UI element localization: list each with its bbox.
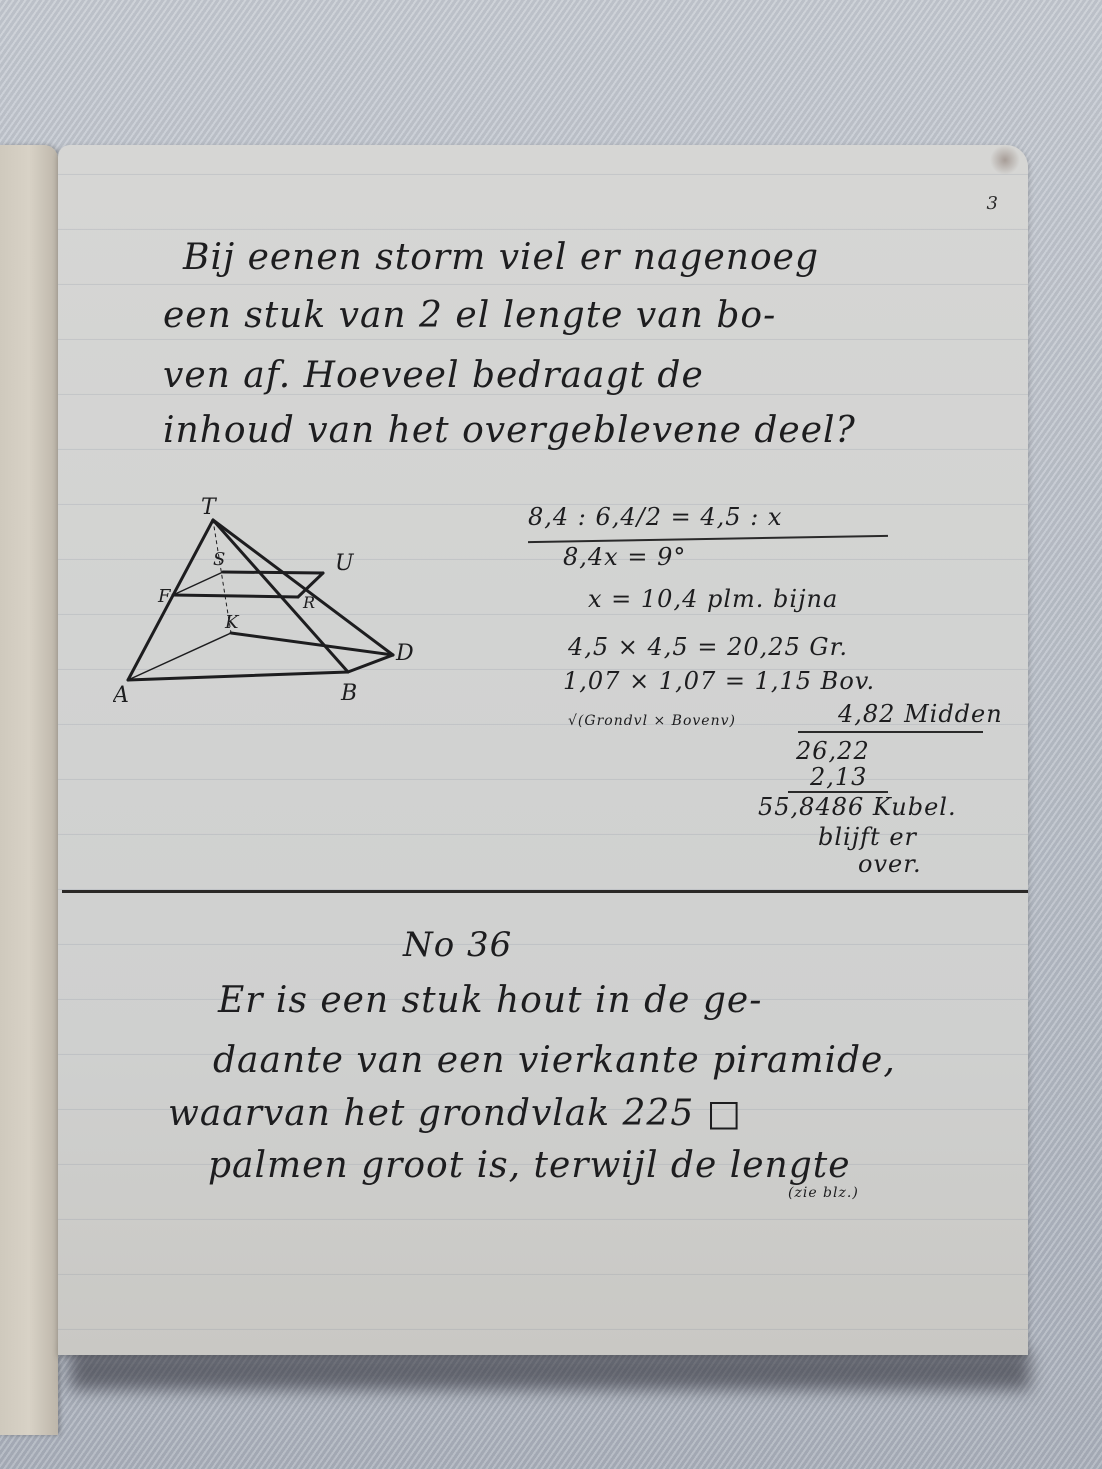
problem-35-line-2: een stuk van 2 el lengte van bo-: [163, 295, 776, 336]
calc-line-6-right: 4,82 Midden: [838, 700, 1003, 728]
label-S: S: [213, 549, 225, 570]
notebook-page: 3 Bij eenen storm viel er nagenoeg een s…: [58, 145, 1028, 1355]
problem-35-line-4: inhoud van het overgeblevene deel?: [163, 410, 856, 451]
calc-line-4: 4,5 × 4,5 = 20,25 Gr.: [568, 633, 848, 661]
problem-36-line-3: waarvan het grondvlak 225 □: [168, 1093, 742, 1134]
label-F: F: [157, 586, 172, 607]
label-B: B: [340, 681, 357, 706]
left-page-edge: [0, 145, 58, 1435]
calc-line-3: x = 10,4 plm. bijna: [588, 585, 838, 613]
problem-divider: [62, 890, 1028, 893]
label-A: A: [113, 683, 129, 708]
page-number: 3: [987, 193, 998, 214]
label-R: R: [302, 593, 315, 612]
calc-line-1: 8,4 : 6,4/2 = 4,5 : x: [528, 503, 782, 531]
calc-rule-2: [798, 731, 983, 733]
page-shadow: [70, 1350, 1030, 1390]
calc-line-7: 26,22: [796, 737, 870, 765]
label-U: U: [335, 551, 355, 576]
calc-line-2: 8,4x = 9°: [563, 543, 686, 571]
problem-36-line-4: palmen groot is, terwijl de lengte: [208, 1145, 851, 1186]
problem-35-line-1: Bij eenen storm viel er nagenoeg: [183, 237, 819, 278]
problem-36-line-1: Er is een stuk hout in de ge-: [218, 980, 762, 1021]
calc-line-9: 55,8486 Kubel.: [758, 793, 957, 821]
problem-36-line-2: daante van een vierkante piramide,: [213, 1040, 896, 1081]
label-T: T: [201, 495, 218, 520]
pyramid-diagram: T S U F R K D A B: [113, 490, 463, 710]
calc-line-6-left: √(Grondvl × Bovenv): [568, 713, 736, 729]
label-K: K: [224, 612, 240, 633]
calc-line-5: 1,07 × 1,07 = 1,15 Bov.: [563, 667, 875, 695]
label-D: D: [395, 641, 414, 666]
problem-35-line-3: ven af. Hoeveel bedraagt de: [163, 355, 704, 396]
calc-line-11: over.: [858, 850, 922, 878]
problem-36-footnote: (zie blz.): [788, 1185, 859, 1201]
calc-line-10: blijft er: [818, 823, 917, 851]
corner-stain: [990, 145, 1020, 175]
calc-line-8: 2,13: [810, 763, 867, 791]
problem-36-heading: No 36: [403, 925, 512, 965]
